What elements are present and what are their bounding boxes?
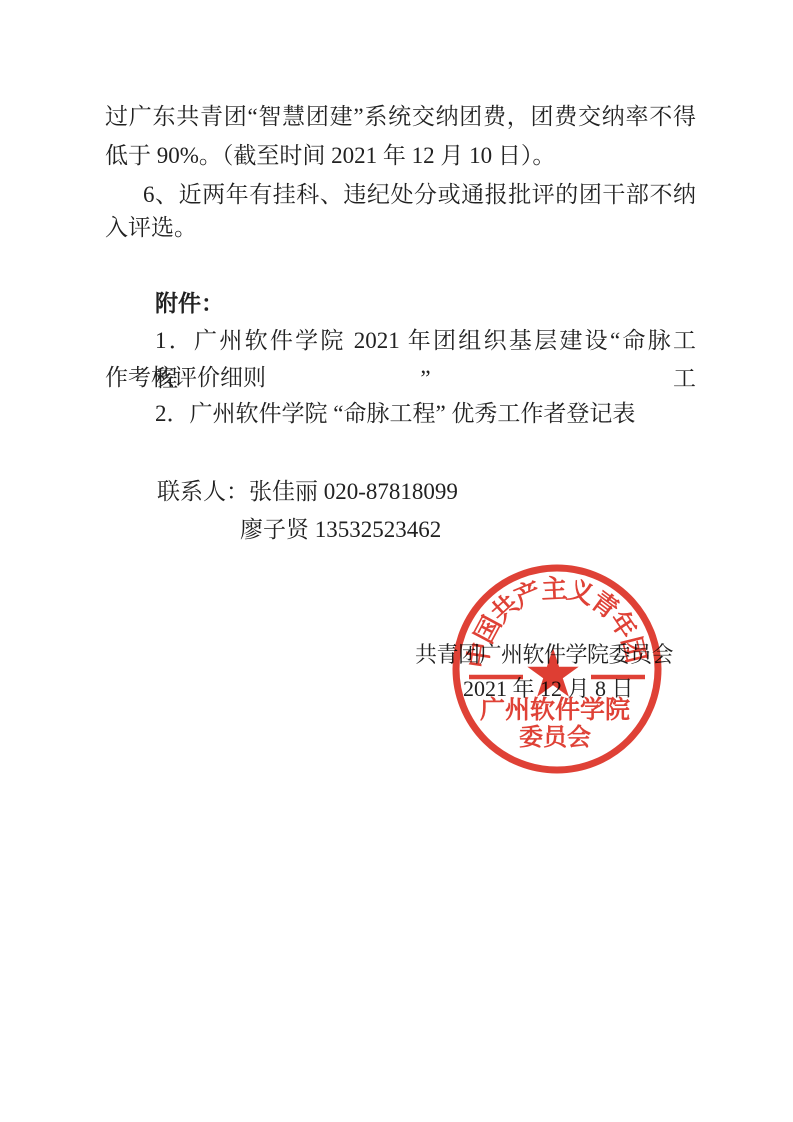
attachments-heading: 附件： (155, 284, 696, 322)
signature-date: 2021 年 12 月 8 日 (463, 674, 634, 704)
body-line-item6-2: 入评选。 (105, 209, 696, 247)
contact-line-2: 廖子贤 13532523462 (105, 511, 793, 549)
signature-organization: 共青团广州软件学院委员会 (415, 640, 673, 670)
seal-org-suffix: 委员会 (519, 723, 591, 751)
body-line-fee-2: 低于 90%。（截至时间 2021 年 12 月 10 日）。 (105, 137, 696, 175)
body-line-fee-1: 过广东共青团“智慧团建”系统交纳团费，团费交纳率不得 (105, 98, 696, 136)
contact-line-1: 联系人：张佳丽 020-87818099 (105, 473, 748, 511)
attachment-item-1-line-2: 作考核评价细则 (105, 359, 696, 397)
attachment-item-1-line-1: 1．广州软件学院 2021 年团组织基层建设“命脉工程”工 (105, 322, 696, 360)
attachment-item-2: 2．广州软件学院 “命脉工程” 优秀工作者登记表 (105, 395, 696, 433)
document-page: 过广东共青团“智慧团建”系统交纳团费，团费交纳率不得 低于 90%。（截至时间 … (0, 0, 793, 1122)
